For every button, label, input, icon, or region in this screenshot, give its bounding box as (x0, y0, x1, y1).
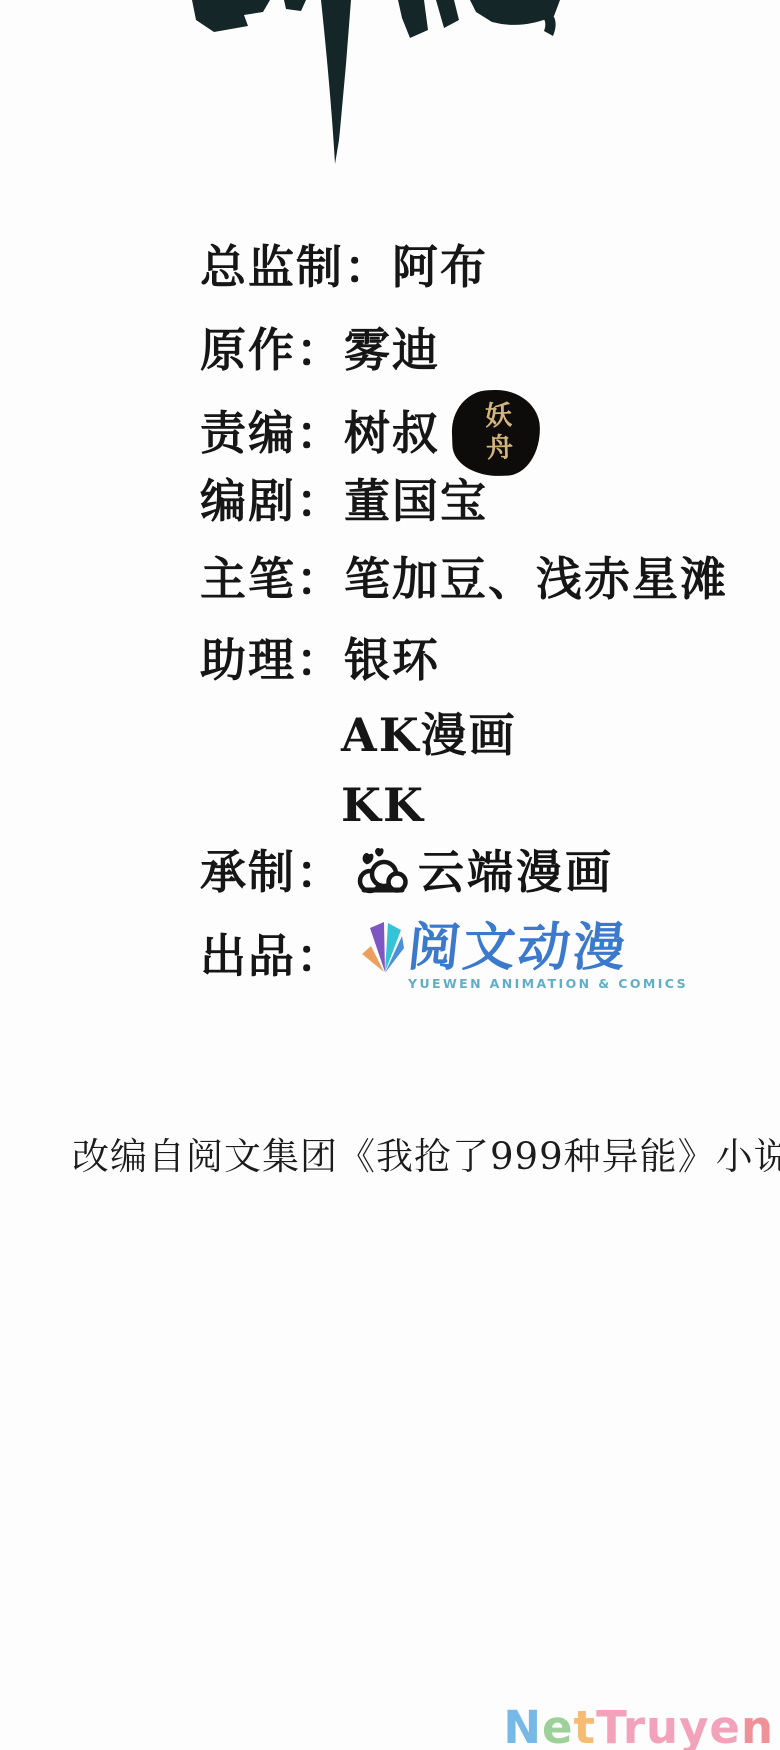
cloud-heart-icon (350, 848, 416, 906)
credit-label: 原作： (200, 323, 344, 377)
watermark-letter: t (574, 1701, 597, 1750)
credit-value: 笔加豆、浅赤星滩 (344, 552, 728, 606)
watermark-letter: u (646, 1701, 679, 1750)
credit-value: 董国宝 (344, 474, 488, 528)
watermark-letter: N (503, 1701, 542, 1750)
credit-line-producer: 承制： 云端漫画 (200, 848, 614, 896)
credit-label: 主笔： (200, 552, 344, 606)
credit-line-chief-supervisor: 总监制：阿布 (200, 243, 488, 291)
credit-value: 阿布 (392, 240, 488, 294)
watermark: NetTruyen (503, 1701, 774, 1750)
credit-line-editor: 责编：树叔妖舟 (200, 409, 540, 458)
yuewen-logo-text: 阅文动漫 (405, 922, 690, 974)
credit-label: 出品： (200, 932, 344, 980)
credit-value: 树叔 (344, 406, 440, 460)
cloud-comics-logo (350, 848, 416, 906)
calligraphy-title-art (0, 0, 780, 170)
credit-value: KK (341, 778, 425, 832)
credit-value: 雾迪 (344, 323, 440, 377)
credit-value: AK漫画 (341, 708, 517, 762)
watermark-letter: T (596, 1701, 623, 1750)
watermark-letter: e (709, 1701, 741, 1750)
credit-line-screenwriter: 编剧：董国宝 (200, 477, 488, 525)
credit-label: 总监制： (200, 240, 392, 294)
studio-ink-seal: 妖舟 (451, 388, 542, 477)
brush-stroke-art-icon (0, 0, 780, 170)
yuewen-fan-icon (358, 922, 404, 982)
yuewen-tagline: YUEWEN ANIMATION & COMICS (408, 977, 688, 990)
credit-line-assistant-3: KK (341, 781, 425, 829)
credit-label: 编剧： (200, 474, 344, 528)
seal-text: 妖舟 (481, 401, 510, 466)
producer-logo-text: 云端漫画 (418, 848, 614, 896)
yuewen-logo: 阅文动漫 YUEWEN ANIMATION & COMICS (358, 922, 688, 990)
watermark-letter: y (679, 1701, 709, 1750)
credit-label: 承制： (200, 848, 344, 896)
credit-line-assistant: 助理：银环 (200, 636, 440, 684)
watermark-letter: n (741, 1701, 774, 1750)
credit-label: 责编： (200, 406, 344, 460)
credit-line-original-author: 原作：雾迪 (200, 326, 440, 374)
credit-line-assistant-2: AK漫画 (341, 711, 517, 759)
watermark-letter: r (623, 1701, 646, 1750)
credit-line-publisher: 出品： 阅文动漫 YUEWEN ANIMATION & COMICS (200, 922, 688, 990)
credit-line-lead-artist: 主笔：笔加豆、浅赤星滩 (200, 555, 728, 603)
credit-value: 银环 (344, 633, 440, 687)
watermark-letter: e (542, 1701, 574, 1750)
adaptation-note: 改编自阅文集团《我抢了999种异能》小说 (72, 1126, 780, 1180)
credit-label: 助理： (200, 633, 344, 687)
